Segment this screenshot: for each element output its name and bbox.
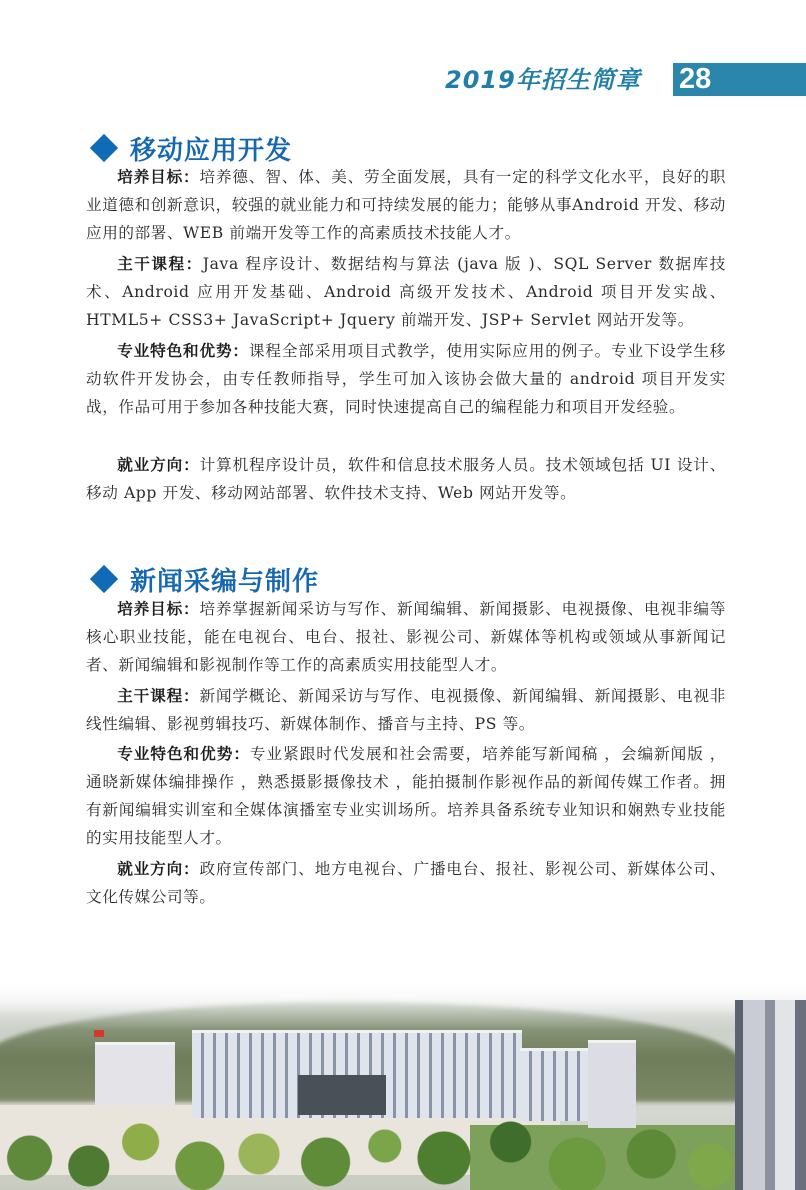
mist-fade — [0, 960, 806, 1030]
paragraph-label: 培养目标： — [117, 168, 199, 186]
building-entrance — [298, 1075, 386, 1115]
page-number: 28 — [679, 63, 711, 96]
section-heading-news-editing: 新闻采编与制作 — [88, 559, 319, 599]
section-title: 新闻采编与制作 — [130, 561, 319, 598]
paragraph-label: 主干课程： — [117, 687, 199, 705]
section-title: 移动应用开发 — [130, 130, 292, 167]
paragraph-training-goal: 培养目标：培养掌握新闻采访与写作、新闻编辑、新闻摄影、电视摄像、电视非编等核心职… — [86, 595, 726, 679]
campus-photo — [0, 960, 806, 1190]
paragraph-label: 培养目标： — [117, 600, 199, 618]
diamond-bullet-icon — [90, 134, 118, 162]
paragraph-career: 就业方向：政府宣传部门、地方电视台、广播电台、报社、影视公司、新媒体公司、文化传… — [86, 855, 726, 911]
paragraph-training-goal: 培养目标：培养德、智、体、美、劳全面发展，具有一定的科学文化水平，良好的职业道德… — [86, 163, 726, 247]
building-left-wing — [95, 1042, 175, 1105]
paragraph-features: 专业特色和优势：专业紧跟时代发展和社会需要，培养能写新闻稿 ，会编新闻版 ，通晓… — [86, 740, 726, 852]
paragraph-career: 就业方向：计算机程序设计员，软件和信息技术服务人员。技术领域包括 UI 设计、移… — [86, 451, 726, 507]
flag-icon — [94, 1030, 104, 1037]
foreground-building — [735, 1000, 806, 1190]
paragraph-features: 专业特色和优势：课程全部采用项目式教学，使用实际应用的例子。专业下设学生移动软件… — [86, 337, 726, 421]
paragraph-core-courses: 主干课程：Java 程序设计、数据结构与算法 (java 版 )、SQL Ser… — [86, 250, 726, 334]
paragraph-label: 主干课程： — [117, 255, 203, 273]
brochure-title: 2019年招生简章 — [445, 62, 641, 98]
paragraph-label: 专业特色和优势： — [117, 745, 250, 763]
paragraph-label: 专业特色和优势： — [117, 342, 249, 360]
trees — [0, 1110, 740, 1190]
section-heading-mobile-app-dev: 移动应用开发 — [88, 128, 292, 168]
paragraph-core-courses: 主干课程：新闻学概论、新闻采访与写作、电视摄像、新闻编辑、新闻摄影、电视非线性编… — [86, 682, 726, 738]
paragraph-label: 就业方向： — [117, 456, 199, 474]
diamond-bullet-icon — [90, 565, 118, 593]
paragraph-label: 就业方向： — [117, 860, 199, 878]
